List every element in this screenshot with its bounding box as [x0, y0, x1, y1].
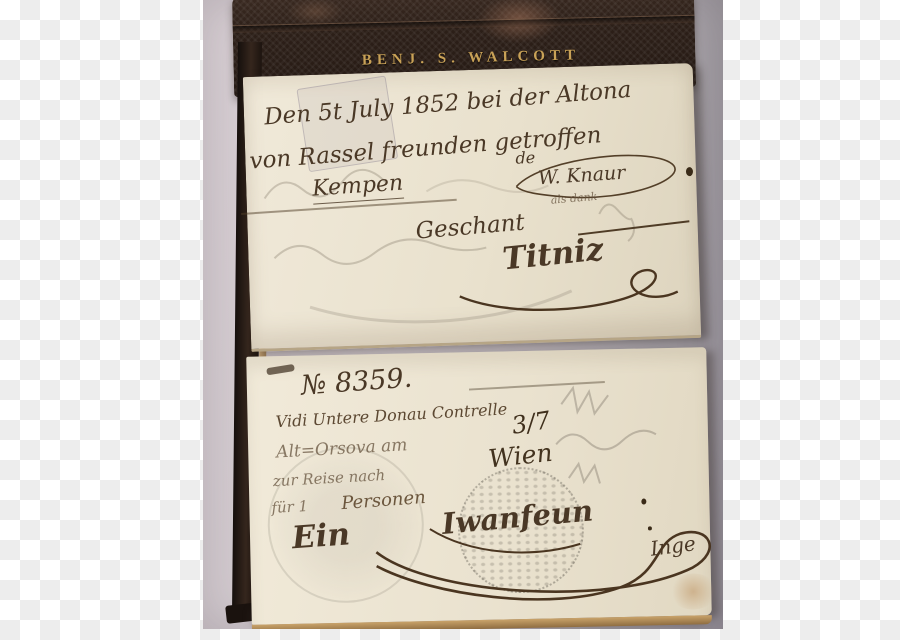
scanned-photo: BENJ. S. WALCOTT Den 5t July 1852 bei de…: [203, 0, 723, 629]
titniz-flourish: [455, 261, 693, 332]
upper-page: Den 5t July 1852 bei der Altona von Rass…: [243, 63, 701, 352]
line-orsova: Alt=Orsova am: [276, 437, 408, 461]
name-knaur: W. Knaur: [538, 164, 626, 189]
foxing-stain: [669, 573, 718, 610]
name-kempen: Kempen: [312, 173, 405, 205]
faint-strike: [469, 381, 605, 391]
ink-dot-1: [641, 498, 646, 504]
word-wien: Wien: [487, 440, 553, 472]
document-number: № 8359.: [300, 364, 413, 399]
name-geschant: Geschant: [415, 212, 526, 244]
line-vidi: Vidi Untere Donau Contrelle: [275, 401, 507, 430]
date-37: 3/7: [510, 408, 552, 438]
signature-first: Ein: [291, 519, 351, 554]
signature-titniz: Titniz: [501, 234, 605, 275]
lower-page: № 8359. Vidi Untere Donau Contrelle Alt=…: [246, 347, 712, 625]
word-fuer: für 1: [271, 499, 308, 516]
word-de: de: [515, 150, 535, 167]
small-note: als dank: [550, 191, 597, 206]
ink-dot-2: [648, 526, 652, 530]
signature-end: Inge: [649, 533, 697, 559]
ink-smudge: [266, 364, 295, 375]
cover-groove: [233, 15, 695, 33]
ink-blot: [686, 167, 693, 176]
show-through-scrawl-lower: [547, 375, 709, 498]
